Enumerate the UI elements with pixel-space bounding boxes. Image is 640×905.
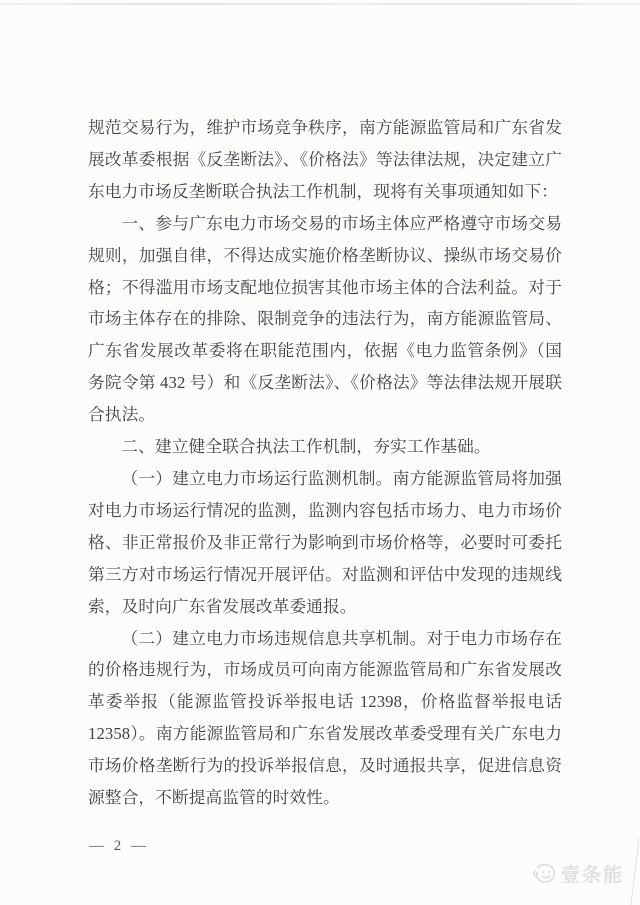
scanned-document-page: 规范交易行为，维护市场竞争秩序，南方能源监管局和广东省发展改革委根据《反垄断法》… xyxy=(0,0,640,905)
doodle-face-icon xyxy=(532,862,558,886)
body-paragraph: 二、建立健全联合执法工作机制，夯实工作基础。 xyxy=(88,431,562,463)
body-paragraph: 规范交易行为，维护市场竞争秩序，南方能源监管局和广东省发展改革委根据《反垄断法》… xyxy=(88,112,562,208)
scan-edge-corner-line xyxy=(629,838,639,905)
page-number: — 2 — xyxy=(89,838,149,855)
body-paragraph: （一）建立电力市场运行监测机制。南方能源监管局将加强对电力市场运行情况的监测，监… xyxy=(88,463,562,623)
body-paragraph: （二）建立电力市场违规信息共享机制。对于电力市场存在的价格违规行为，市场成员可向… xyxy=(88,623,562,814)
yitaoneng-watermark: 壹条能 xyxy=(532,860,624,887)
body-paragraph: 一、参与广东电力市场交易的市场主体应严格遵守市场交易规则，加强自律，不得达成实施… xyxy=(88,208,562,431)
scan-edge-top-line xyxy=(0,3,640,5)
watermark-label: 壹条能 xyxy=(561,860,624,887)
document-body: 规范交易行为，维护市场竞争秩序，南方能源监管局和广东省发展改革委根据《反垄断法》… xyxy=(88,112,562,814)
